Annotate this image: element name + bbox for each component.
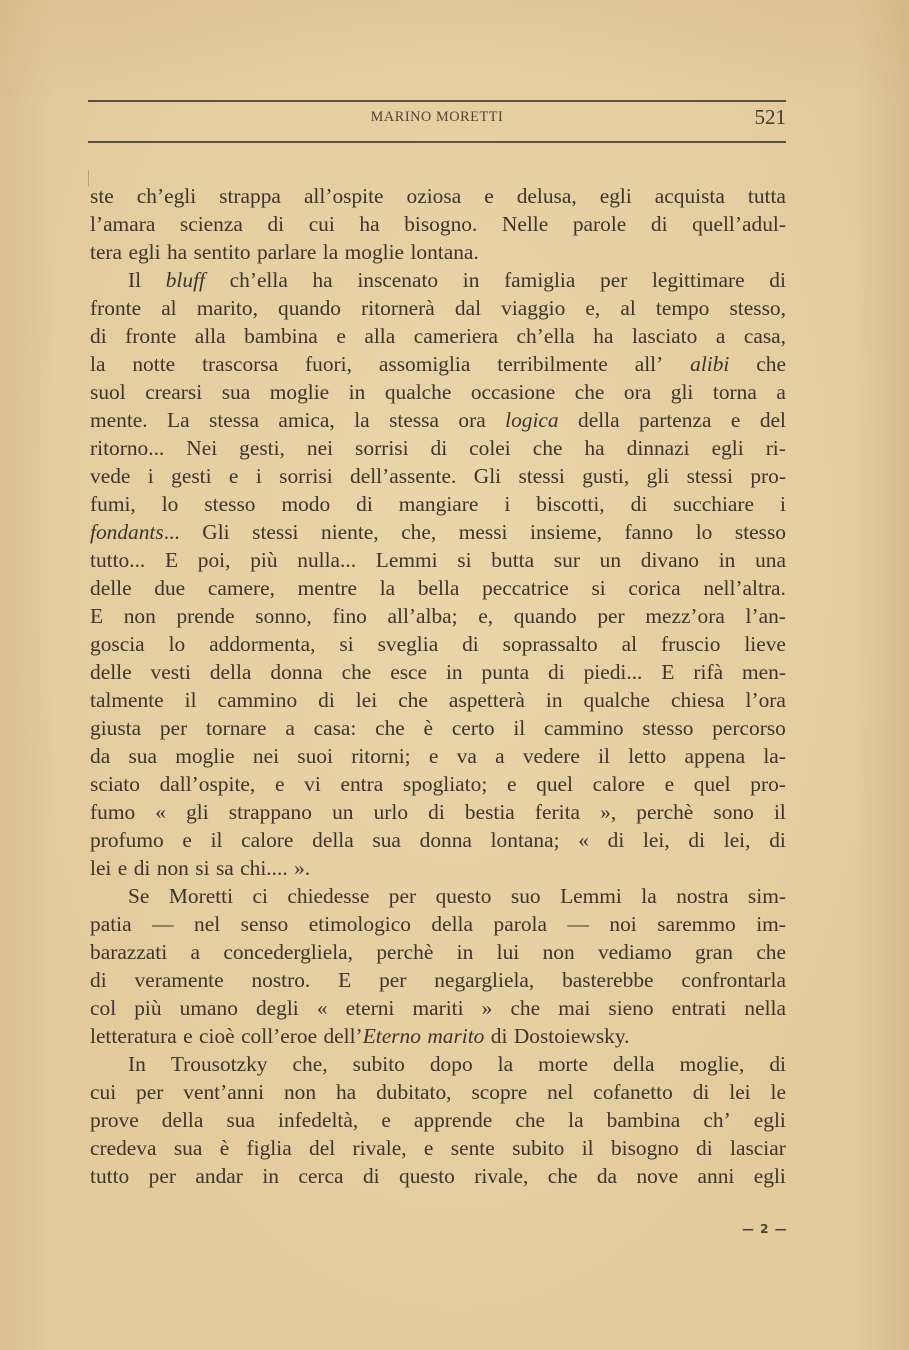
- text-run: donna: [420, 828, 472, 852]
- word: mai: [558, 994, 590, 1022]
- text-run: corica: [628, 576, 680, 600]
- text-run: torna: [713, 380, 757, 404]
- page-number: 521: [755, 105, 787, 130]
- word: il: [185, 686, 197, 714]
- word: di: [769, 826, 786, 854]
- text-run: di: [631, 492, 648, 516]
- word: nostra: [676, 882, 728, 910]
- text-run: la: [641, 884, 656, 908]
- text-run: in: [463, 268, 480, 292]
- text-run: subito: [512, 1136, 564, 1160]
- text-run: mente.: [90, 408, 148, 432]
- text-run: chiesa: [671, 688, 724, 712]
- running-title: MARINO MORETTI: [105, 109, 768, 126]
- word: al: [620, 294, 635, 322]
- word: nel: [547, 1078, 573, 1106]
- text-run: delle: [90, 576, 132, 600]
- word: senso: [241, 910, 289, 938]
- text-run: questo: [399, 1164, 455, 1188]
- text-run: della: [210, 660, 252, 684]
- text-run: inscenato: [357, 268, 438, 292]
- text-run: al: [161, 296, 176, 320]
- text-run: piedi...: [584, 660, 643, 684]
- text-run: stessa: [209, 408, 259, 432]
- text-run: in: [349, 380, 366, 404]
- word: cammino: [218, 686, 298, 714]
- word: Lemmi: [376, 546, 438, 574]
- text-run: è: [424, 716, 434, 740]
- text-run: a: [716, 324, 726, 348]
- text-line: talmenteilcamminodileicheaspetteràinqual…: [90, 686, 786, 714]
- text-run: lasciato: [632, 324, 697, 348]
- text-run: cerca: [298, 1164, 343, 1188]
- word: bestia: [465, 798, 515, 826]
- text-run: della: [431, 912, 473, 936]
- word: ci: [252, 882, 267, 910]
- word: marito: [427, 1022, 484, 1050]
- text-run: lasciar: [730, 1136, 786, 1160]
- word: all’ospite: [304, 182, 384, 210]
- text-run: non: [157, 856, 189, 880]
- word: sveglia: [378, 630, 439, 658]
- text-run: in: [446, 660, 463, 684]
- text-line: delleduecamere,mentrelabellapeccatricesi…: [90, 574, 786, 602]
- word: lasciar: [730, 1134, 786, 1162]
- text-run: ste: [90, 184, 114, 208]
- word: crearsi: [145, 378, 202, 406]
- text-run: e: [507, 772, 517, 796]
- text-run: talmente: [90, 688, 164, 712]
- word: alla: [364, 322, 395, 350]
- text-run: tempo: [656, 296, 709, 320]
- word: lei: [356, 686, 377, 714]
- word: suo: [511, 882, 541, 910]
- word: quando: [278, 294, 341, 322]
- text-run: che: [756, 352, 786, 376]
- word: rifà: [693, 658, 723, 686]
- word: mariti: [412, 994, 463, 1022]
- word: letteratura: [90, 1022, 177, 1050]
- word: bella: [418, 574, 460, 602]
- text-run: e,: [478, 604, 493, 628]
- word: e: [182, 826, 192, 854]
- text-run: che: [510, 996, 540, 1020]
- word: lei,: [724, 826, 751, 854]
- word: nell’altra.: [703, 574, 786, 602]
- word: stessa: [389, 406, 439, 434]
- text-run: mezz’ora: [645, 604, 725, 628]
- word: ora: [458, 406, 485, 434]
- word: etimologico: [309, 910, 411, 938]
- text-run: gusti,: [582, 464, 629, 488]
- text-run: in: [457, 940, 474, 964]
- word: che: [510, 994, 540, 1022]
- text-run: lui: [497, 940, 520, 964]
- text-run: tutta: [748, 184, 786, 208]
- word: famiglia: [504, 266, 575, 294]
- italic-text: logica: [505, 408, 558, 432]
- word: infedeltà,: [278, 1106, 358, 1134]
- text-run: appena: [685, 744, 746, 768]
- word: letto: [628, 742, 666, 770]
- text-run: calore: [241, 828, 293, 852]
- text-run: sonno,: [255, 604, 311, 628]
- word: di: [693, 1078, 710, 1106]
- word: concedergliela,: [223, 938, 353, 966]
- text-run: una: [755, 548, 786, 572]
- word: «: [155, 798, 166, 826]
- word: in: [546, 686, 563, 714]
- word: nella: [744, 994, 786, 1022]
- word: quel: [694, 770, 731, 798]
- text-run: di: [90, 324, 107, 348]
- text-run: delle: [90, 660, 132, 684]
- text-line: suolcrearsisuamoglieinqualcheoccasionech…: [90, 378, 786, 406]
- text-run: alla: [195, 324, 226, 348]
- word: la: [568, 1106, 583, 1134]
- text-run: nostro.: [251, 968, 310, 992]
- text-run: il: [513, 716, 525, 740]
- word: notte: [132, 350, 175, 378]
- text-run: lontana.: [410, 240, 478, 264]
- text-run: di: [318, 688, 335, 712]
- word: il: [211, 826, 223, 854]
- text-run: le: [771, 1080, 786, 1104]
- word: saremmo: [657, 910, 735, 938]
- word: e: [336, 322, 346, 350]
- text-run: calore: [593, 772, 645, 796]
- word: nei: [307, 434, 333, 462]
- text-run: quel: [536, 772, 573, 796]
- word: subito: [512, 1134, 564, 1162]
- text-run: E: [165, 548, 178, 572]
- word: la: [380, 574, 395, 602]
- text-run: im-: [756, 912, 786, 936]
- text-run: messi: [459, 520, 508, 544]
- word: alla: [195, 322, 226, 350]
- text-run: la: [323, 240, 338, 264]
- text-run: strappa: [219, 184, 281, 208]
- word: a: [495, 742, 505, 770]
- word: di: [318, 686, 335, 714]
- word: quel: [536, 770, 573, 798]
- text-run: di: [431, 436, 448, 460]
- word: negargliela,: [434, 966, 534, 994]
- text-run: ».: [294, 856, 310, 880]
- text-run: di: [769, 1052, 786, 1076]
- word: im-: [756, 910, 786, 938]
- word: stessi: [518, 462, 564, 490]
- text-run: da: [90, 744, 110, 768]
- word: sur: [554, 546, 580, 574]
- text-line: mente.Lastessaamica,lastessaoralogicadel…: [90, 406, 786, 434]
- word: sorrisi: [355, 434, 408, 462]
- text-run: stesso: [642, 716, 693, 740]
- italic-text: bluff: [166, 268, 205, 292]
- word: di: [431, 434, 448, 462]
- text-run: egli: [712, 436, 744, 460]
- text-run: che: [756, 940, 786, 964]
- word: figlia: [247, 1134, 292, 1162]
- word: andar: [195, 1162, 243, 1190]
- text-run: della: [578, 408, 620, 432]
- word: e: [118, 854, 128, 882]
- text-run: urlo: [374, 800, 408, 824]
- word: camere,: [208, 574, 275, 602]
- text-run: andar: [195, 1164, 243, 1188]
- word: è: [424, 714, 434, 742]
- text-run: del: [309, 1136, 335, 1160]
- word: E: [165, 546, 178, 574]
- text-run: fino: [332, 604, 366, 628]
- word: fanno: [624, 518, 673, 546]
- word: che: [756, 938, 786, 966]
- word: Lemmi: [560, 882, 622, 910]
- text-run: nell’altra.: [703, 576, 786, 600]
- text-run: e: [275, 772, 285, 796]
- word: di: [651, 210, 668, 238]
- text-run: Gli: [202, 520, 229, 544]
- text-run: ha: [593, 324, 613, 348]
- word: lui: [497, 938, 520, 966]
- text-run: ora: [624, 380, 651, 404]
- text-run: mentre: [298, 576, 357, 600]
- text-line: fondants...Glistessiniente,che,messiinsi…: [90, 518, 786, 546]
- word: fruscio: [661, 630, 720, 658]
- text-run: che,: [401, 520, 436, 544]
- text-line: Enonprendesonno,finoall’alba;e,quandoper…: [90, 602, 786, 630]
- text-run: Nei: [186, 436, 217, 460]
- word: della: [431, 910, 473, 938]
- word: dell’assente.: [350, 462, 456, 490]
- word: egli: [128, 238, 160, 266]
- word: in: [349, 378, 366, 406]
- text-run: lontana;: [491, 828, 560, 852]
- word: sieno: [608, 994, 653, 1022]
- word: vesti: [151, 658, 191, 686]
- text-run: cammino: [218, 688, 298, 712]
- word: confrontarla: [681, 966, 786, 994]
- text-run: fronte: [125, 324, 176, 348]
- text-run: fumo: [90, 800, 135, 824]
- text-run: rivale,: [353, 1136, 407, 1160]
- word: fino: [332, 602, 366, 630]
- text-run: fronte: [90, 296, 141, 320]
- word: sorrisi: [279, 462, 332, 490]
- word: della: [613, 1050, 655, 1078]
- word: amica,: [278, 406, 334, 434]
- word: subito: [353, 1050, 405, 1078]
- text-run: la: [568, 1108, 583, 1132]
- text-run: suol: [90, 380, 126, 404]
- text-run: Trousotzky: [171, 1052, 268, 1076]
- word: il: [774, 798, 786, 826]
- word: lei: [729, 1078, 750, 1106]
- text-run: saremmo: [657, 912, 735, 936]
- word: stesso: [204, 490, 255, 518]
- text-line: goscialoaddormenta,sisvegliadisoprassalt…: [90, 630, 786, 658]
- word: cammino: [544, 714, 624, 742]
- word: per: [379, 966, 406, 994]
- text-line: barazzatiaconcedergliela,perchèinluinonv…: [90, 938, 786, 966]
- text-run: è: [220, 1136, 230, 1160]
- word: sua: [128, 742, 157, 770]
- word: vede: [90, 462, 130, 490]
- text-line: ritorno...Neigesti,neisorrisidicoleicheh…: [90, 434, 786, 462]
- word: per: [160, 714, 187, 742]
- word: lontana;: [491, 826, 560, 854]
- text-run: dopo: [430, 1052, 473, 1076]
- text-run: sur: [554, 548, 580, 572]
- word: Gli: [474, 462, 501, 490]
- text-run: nel: [547, 1080, 573, 1104]
- text-run: che: [398, 688, 428, 712]
- word: tutto: [90, 1162, 129, 1190]
- word: logica: [505, 406, 558, 434]
- text-run: barazzati: [90, 940, 167, 964]
- word: per: [149, 1162, 176, 1190]
- word: che,: [401, 518, 436, 546]
- text-run: e: [731, 408, 741, 432]
- word: ritorni;: [351, 742, 410, 770]
- word: Nei: [186, 434, 217, 462]
- word: in: [446, 658, 463, 686]
- word: cioè: [199, 1022, 235, 1050]
- word: chiesa: [671, 686, 724, 714]
- text-run: noi: [609, 912, 636, 936]
- word: di: [548, 658, 565, 686]
- word: vent’anni: [183, 1078, 264, 1106]
- text-run: sorrisi: [279, 464, 332, 488]
- text-run: gli: [671, 380, 694, 404]
- text-run: succhiare: [673, 492, 754, 516]
- text-run: E: [661, 660, 674, 684]
- word: ha: [584, 434, 604, 462]
- word: tutta: [748, 182, 786, 210]
- word: questo: [399, 1162, 455, 1190]
- word: sua: [372, 826, 401, 854]
- word: nostro.: [251, 966, 310, 994]
- word: parole: [573, 210, 626, 238]
- text-run: pro-: [750, 772, 786, 796]
- text-run: che: [375, 716, 405, 740]
- word: qualche: [584, 686, 651, 714]
- text-run: poi,: [198, 548, 231, 572]
- text-run: bella: [418, 576, 460, 600]
- text-run: e: [381, 1108, 391, 1132]
- text-run: rivale,: [474, 1164, 528, 1188]
- text-run: nella: [744, 996, 786, 1020]
- word: tutto...: [90, 546, 145, 574]
- text-run: del: [760, 408, 786, 432]
- text-run: il: [582, 1136, 594, 1160]
- text-line: provedellasuainfedeltà,eapprendechelabam…: [90, 1106, 786, 1134]
- word: prove: [90, 1106, 139, 1134]
- word: aspetterà: [449, 686, 525, 714]
- text-run: lo: [696, 520, 713, 544]
- word: ferita: [535, 798, 580, 826]
- text-run: sentito: [194, 240, 251, 264]
- text-run: un: [600, 548, 621, 572]
- word: cui: [90, 1078, 116, 1106]
- text-run: ritornerà: [361, 296, 435, 320]
- text-run: sono: [713, 800, 753, 824]
- word: mentre: [298, 574, 357, 602]
- text-run: figlia: [247, 1136, 292, 1160]
- word: cui: [309, 210, 335, 238]
- word: il: [598, 742, 610, 770]
- word: lei: [90, 854, 111, 882]
- text-run: cioè: [199, 1024, 235, 1048]
- word: che: [575, 378, 605, 406]
- text-run: insieme,: [530, 520, 602, 544]
- text-run: assomiglia: [379, 352, 471, 376]
- word: alibi: [690, 350, 729, 378]
- text-run: all’ospite: [304, 184, 384, 208]
- text-run: quell’adul-: [692, 212, 786, 236]
- text-run: ch’: [703, 1108, 730, 1132]
- word: all’alba;: [388, 602, 458, 630]
- word: assomiglia: [379, 350, 471, 378]
- word: corica: [628, 574, 680, 602]
- word: ha: [593, 322, 613, 350]
- text-line: lanottetrascorsafuori,assomigliaterribil…: [90, 350, 786, 378]
- text-run: E: [338, 968, 351, 992]
- word: di: [428, 798, 445, 826]
- text-line: letteraturaecioècoll’eroedell’Eternomari…: [90, 1022, 786, 1050]
- text-run: entrati: [672, 996, 727, 1020]
- text-line: giustapertornareacasa:cheècertoilcammino…: [90, 714, 786, 742]
- word: fumi,: [90, 490, 136, 518]
- word: suol: [90, 378, 126, 406]
- word: ch’ella: [517, 322, 575, 350]
- word: di: [90, 322, 107, 350]
- word: fronte: [125, 322, 176, 350]
- word: stesso: [642, 714, 693, 742]
- word: fuori,: [305, 350, 352, 378]
- text-run: dall’ospite,: [160, 772, 256, 796]
- text-run: acquista: [655, 184, 725, 208]
- word: peccatrice: [482, 574, 569, 602]
- text-run: sua: [174, 1136, 203, 1160]
- text-run: lo: [169, 632, 186, 656]
- word: scienza: [180, 210, 243, 238]
- word: gesti,: [239, 434, 285, 462]
- text-run: nel: [194, 912, 220, 936]
- text-run: suo: [511, 884, 541, 908]
- text-run: la: [90, 352, 105, 376]
- word: ».: [294, 854, 310, 882]
- word: E: [90, 602, 103, 630]
- word: strappano: [229, 798, 312, 826]
- word: noi: [609, 910, 636, 938]
- text-line: leiedinonsisachi....».: [90, 854, 786, 882]
- word: nove: [636, 1162, 678, 1190]
- text-run: veramente: [135, 968, 224, 992]
- text-run: bestia: [465, 800, 515, 824]
- word: a: [716, 322, 726, 350]
- text-run: quel: [694, 772, 731, 796]
- text-run: lei,: [724, 828, 751, 852]
- text-line: Ilbluffch’ellahainscenatoinfamigliaperle…: [90, 266, 786, 294]
- text-run: ci: [252, 884, 267, 908]
- word: più: [134, 994, 161, 1022]
- italic-text: alibi: [690, 352, 729, 376]
- italic-text: Eterno: [363, 1024, 421, 1048]
- text-run: cofanetto: [593, 1080, 673, 1104]
- word: per: [136, 1078, 163, 1106]
- word: biscotti,: [536, 490, 604, 518]
